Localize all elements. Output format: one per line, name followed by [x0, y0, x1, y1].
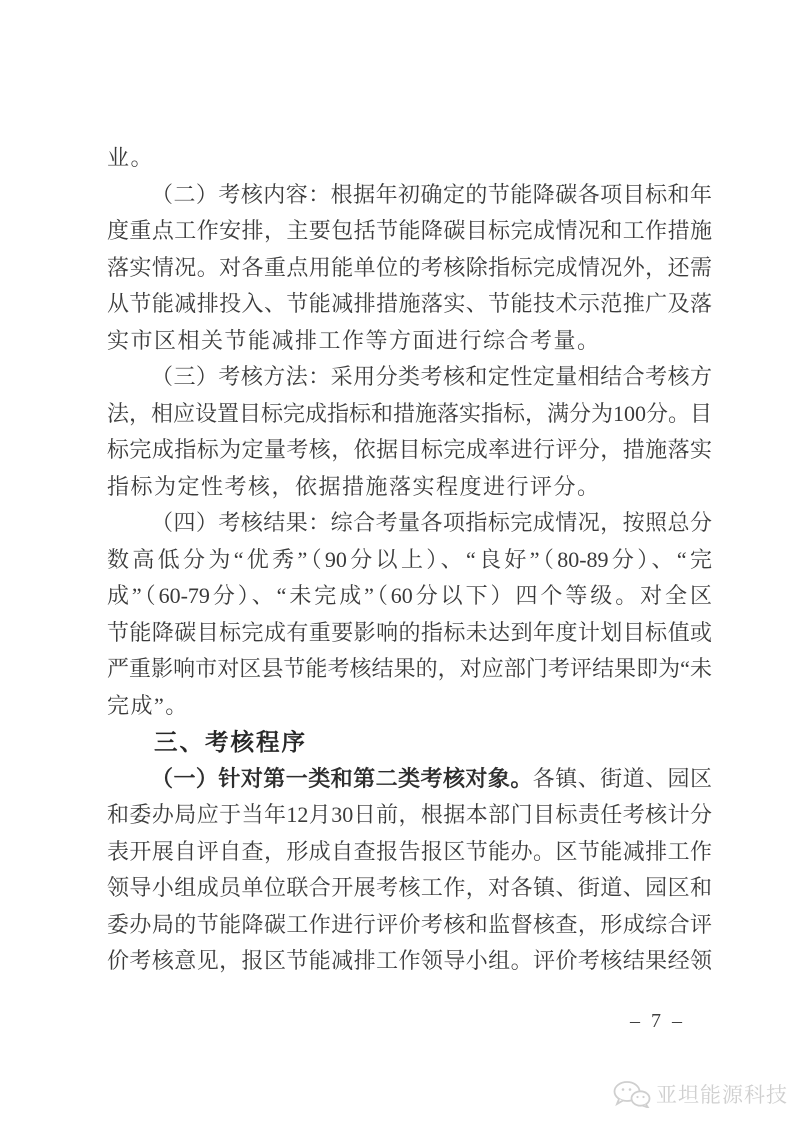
- text-line: 领导小组成员单位联合开展考核工作，对各镇、街道、园区和: [107, 870, 712, 907]
- text-segment: 委办局的节能降碳工作进行评价考核和监督核查，形成综合评: [107, 912, 712, 937]
- text-segment: 领导小组成员单位联合开展考核工作，对各镇、街道、园区和: [107, 875, 712, 900]
- text-line: 指标为定性考核，依据措施落实程度进行评分。: [107, 469, 712, 506]
- text-line: 成”（60-79分）、“未完成”（60分以下）四个等级。对全区: [107, 578, 712, 615]
- text-segment: 各镇、街道、园区: [533, 766, 712, 791]
- text-line: 业。: [107, 140, 712, 177]
- text-line: 和委办局应于当年12月30日前，根据本部门目标责任考核计分: [107, 797, 712, 834]
- text-segment: 节能降碳目标完成有重要影响的指标未达到年度计划目标值或: [107, 620, 712, 645]
- text-line: 严重影响市对区县节能考核结果的，对应部门考评结果即为“未: [107, 651, 712, 688]
- text-line: 落实情况。对各重点用能单位的考核除指标完成情况外，还需: [107, 250, 712, 287]
- text-segment: 和委办局应于当年12月30日前，根据本部门目标责任考核计分: [107, 802, 712, 827]
- text-line: 价考核意见，报区节能减排工作领导小组。评价考核结果经领: [107, 943, 712, 980]
- text-segment: 三、考核程序: [154, 729, 307, 755]
- text-segment: 度重点工作安排，主要包括节能降碳目标完成情况和工作措施: [107, 218, 712, 243]
- text-segment: 实市区相关节能减排工作等方面进行综合考量。: [107, 328, 601, 353]
- text-line: （二）考核内容：根据年初确定的节能降碳各项目标和年: [107, 177, 712, 214]
- text-line: 标完成指标为定量考核，依据目标完成率进行评分，措施落实: [107, 432, 712, 469]
- text-line: 委办局的节能降碳工作进行评价考核和监督核查，形成综合评: [107, 907, 712, 944]
- text-segment: 数高低分为“优秀”（90分以上）、“良好”（80-89分）、“完: [107, 547, 712, 572]
- text-line: 法，相应设置目标完成指标和措施落实指标，满分为100分。目: [107, 396, 712, 433]
- brand-watermark: 亚坦能源科技: [613, 1079, 788, 1109]
- text-segment: （二）考核内容：根据年初确定的节能降碳各项目标和年: [151, 182, 712, 207]
- page-number: – 7 –: [630, 1010, 685, 1033]
- text-line: 实市区相关节能减排工作等方面进行综合考量。: [107, 323, 712, 360]
- text-segment: 完成”。: [107, 693, 189, 718]
- document-text-block: 业。（二）考核内容：根据年初确定的节能降碳各项目标和年度重点工作安排，主要包括节…: [107, 140, 712, 980]
- wechat-icon: [613, 1080, 651, 1108]
- text-segment: （四）考核结果：综合考量各项指标完成情况，按照总分: [151, 510, 712, 535]
- text-segment: （三）考核方法：采用分类考核和定性定量相结合考核方: [151, 364, 712, 389]
- text-segment: 从节能减排投入、节能减排措施落实、节能技术示范推广及落: [107, 291, 712, 316]
- text-line: 表开展自评自查，形成自查报告报区节能办。区节能减排工作: [107, 834, 712, 871]
- brand-name: 亚坦能源科技: [656, 1079, 788, 1109]
- text-segment: 落实情况。对各重点用能单位的考核除指标完成情况外，还需: [107, 255, 712, 280]
- text-segment-bold: （一）针对第一类和第二类考核对象。: [151, 766, 533, 791]
- text-segment: 标完成指标为定量考核，依据目标完成率进行评分，措施落实: [107, 437, 712, 462]
- text-line: （四）考核结果：综合考量各项指标完成情况，按照总分: [107, 505, 712, 542]
- text-segment: 严重影响市对区县节能考核结果的，对应部门考评结果即为“未: [107, 656, 712, 681]
- text-line: （三）考核方法：采用分类考核和定性定量相结合考核方: [107, 359, 712, 396]
- text-line: 节能降碳目标完成有重要影响的指标未达到年度计划目标值或: [107, 615, 712, 652]
- text-segment: 表开展自评自查，形成自查报告报区节能办。区节能减排工作: [107, 839, 712, 864]
- text-line: 完成”。: [107, 688, 712, 725]
- text-segment: 成”（60-79分）、“未完成”（60分以下）四个等级。对全区: [107, 583, 712, 608]
- document-page: 业。（二）考核内容：根据年初确定的节能降碳各项目标和年度重点工作安排，主要包括节…: [0, 0, 800, 1131]
- text-line: （一）针对第一类和第二类考核对象。各镇、街道、园区: [107, 761, 712, 798]
- text-segment: 法，相应设置目标完成指标和措施落实指标，满分为100分。目: [107, 401, 712, 426]
- text-segment: 指标为定性考核，依据措施落实程度进行评分。: [107, 474, 601, 499]
- text-segment: 业。: [107, 145, 154, 170]
- text-line: 度重点工作安排，主要包括节能降碳目标完成情况和工作措施: [107, 213, 712, 250]
- text-line: 从节能减排投入、节能减排措施落实、节能技术示范推广及落: [107, 286, 712, 323]
- text-line: 数高低分为“优秀”（90分以上）、“良好”（80-89分）、“完: [107, 542, 712, 579]
- section-heading: 三、考核程序: [107, 724, 712, 761]
- text-segment: 价考核意见，报区节能减排工作领导小组。评价考核结果经领: [107, 948, 712, 973]
